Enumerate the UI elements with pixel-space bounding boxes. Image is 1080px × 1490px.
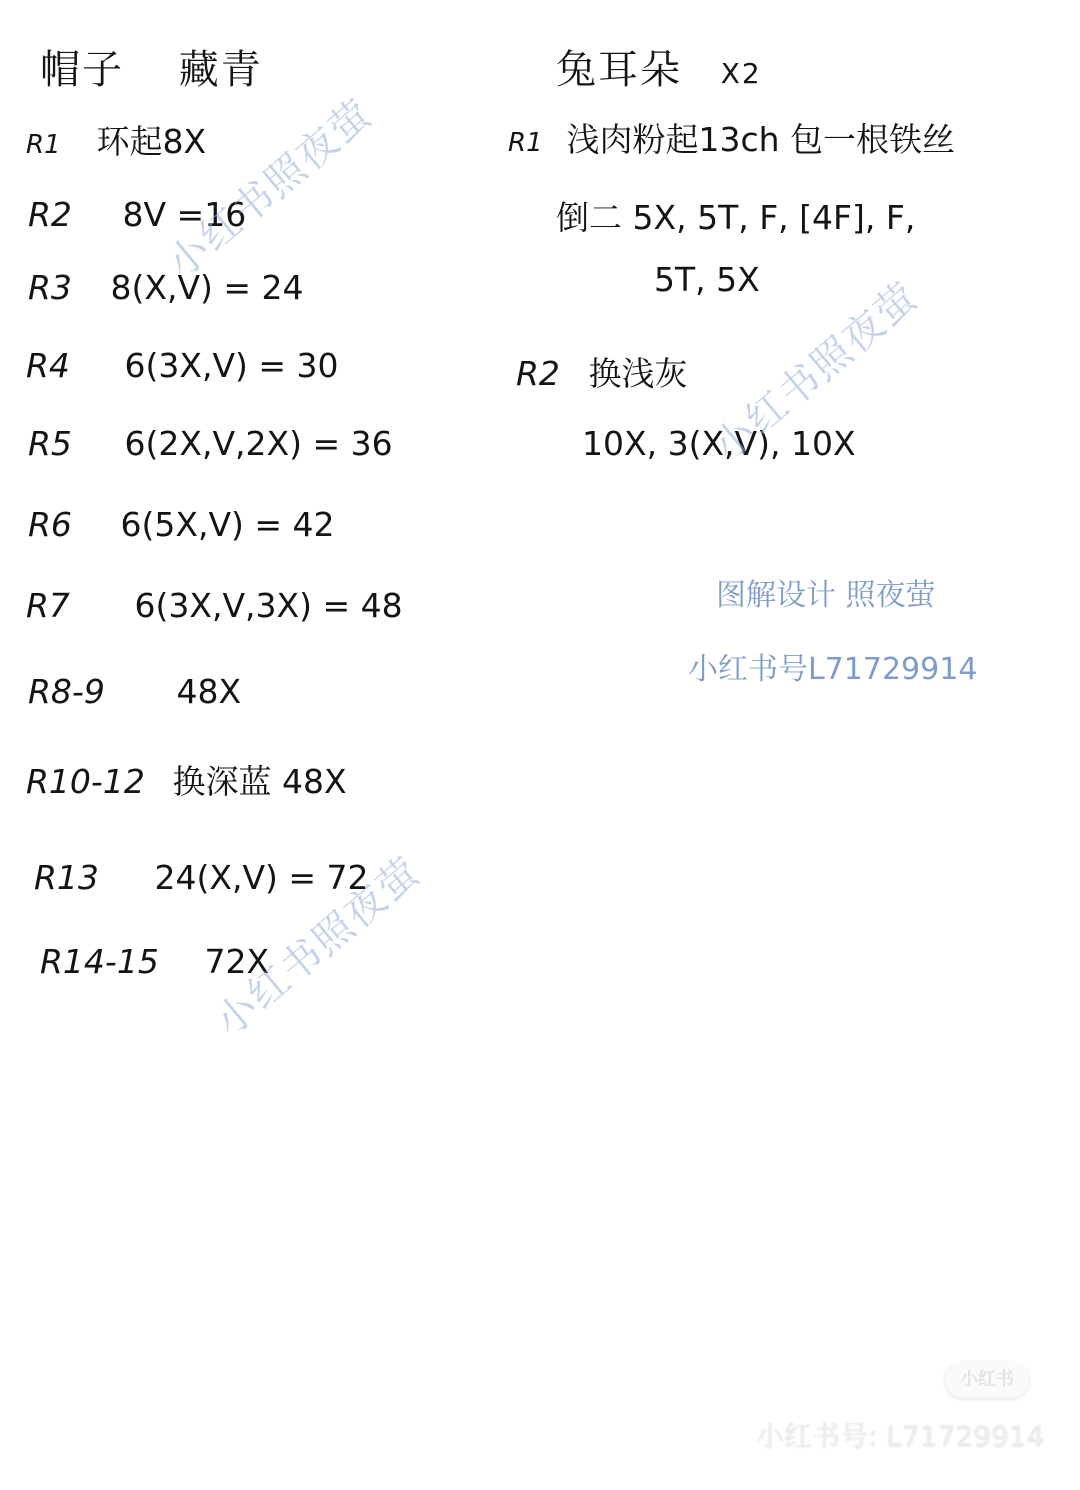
hat-title-text: 帽子 (40, 47, 124, 93)
hat-row-10-12: R10-12 换深蓝 48X (26, 756, 347, 803)
hat-row-3: R3 8(X,V) = 24 (28, 268, 304, 307)
ears-title-text: 兔耳朵 (556, 47, 682, 93)
ears-row-1: R1 浅肉粉起13ch 包一根铁丝 (508, 114, 955, 161)
row-text: 48X (177, 672, 242, 711)
account-watermark: 小红书号L71729914 (688, 644, 977, 688)
row-text: 6(2X,V,2X) = 36 (125, 424, 393, 463)
row-label: R2 (516, 354, 578, 393)
ears-count: X2 (721, 57, 762, 90)
row-text: 倒二 5X, 5T, F, [4F], F, (556, 198, 915, 237)
row-label: R6 (28, 505, 110, 544)
row-text: 换深蓝 48X (173, 762, 347, 801)
hat-row-5: R5 6(2X,V,2X) = 36 (28, 424, 393, 463)
row-text: 6(3X,V) = 30 (125, 346, 339, 385)
credit-watermark: 图解设计 照夜萤 (716, 570, 936, 614)
row-text: 5T, 5X (654, 260, 760, 299)
hat-row-6: R6 6(5X,V) = 42 (28, 505, 335, 544)
row-label: R3 (28, 268, 100, 307)
row-label: R1 (26, 130, 86, 160)
hat-row-1: R1 环起8X (26, 116, 206, 163)
row-text: 浅肉粉起13ch 包一根铁丝 (567, 120, 956, 159)
row-label: R5 (28, 424, 114, 463)
row-label: R13 (34, 858, 144, 897)
ears-row-1-cont2: 5T, 5X (654, 260, 760, 299)
row-text: 6(3X,V,3X) = 48 (135, 586, 403, 625)
ears-row-2: R2 换浅灰 (516, 348, 688, 395)
hat-row-7: R7 6(3X,V,3X) = 48 (26, 586, 403, 625)
row-label: R8-9 (28, 672, 166, 711)
row-text: 换浅灰 (589, 354, 688, 393)
watermark-diagonal-1: 小红书照夜萤 (153, 83, 383, 289)
ears-row-1-cont: 倒二 5X, 5T, F, [4F], F, (556, 192, 915, 239)
row-label: R14-15 (40, 942, 194, 981)
row-label: R10-12 (26, 762, 162, 801)
app-logo-badge: 小红书 (945, 1362, 1029, 1398)
row-text: 环起8X (97, 122, 207, 161)
row-label: R2 (28, 195, 112, 234)
hat-row-13: R13 24(X,V) = 72 (34, 858, 369, 897)
row-label: R4 (26, 346, 114, 385)
hat-title: 帽子 藏青 (40, 38, 263, 95)
hat-row-8-9: R8-9 48X (28, 672, 241, 711)
row-text: 6(5X,V) = 42 (121, 505, 335, 544)
row-label: R1 (508, 128, 556, 158)
row-label: R7 (26, 586, 124, 625)
ears-title: 兔耳朵 X2 (556, 38, 762, 95)
app-account-watermark: 小红书号: L71729914 (756, 1414, 1044, 1454)
hat-row-4: R4 6(3X,V) = 30 (26, 346, 339, 385)
hat-color: 藏青 (179, 47, 263, 93)
